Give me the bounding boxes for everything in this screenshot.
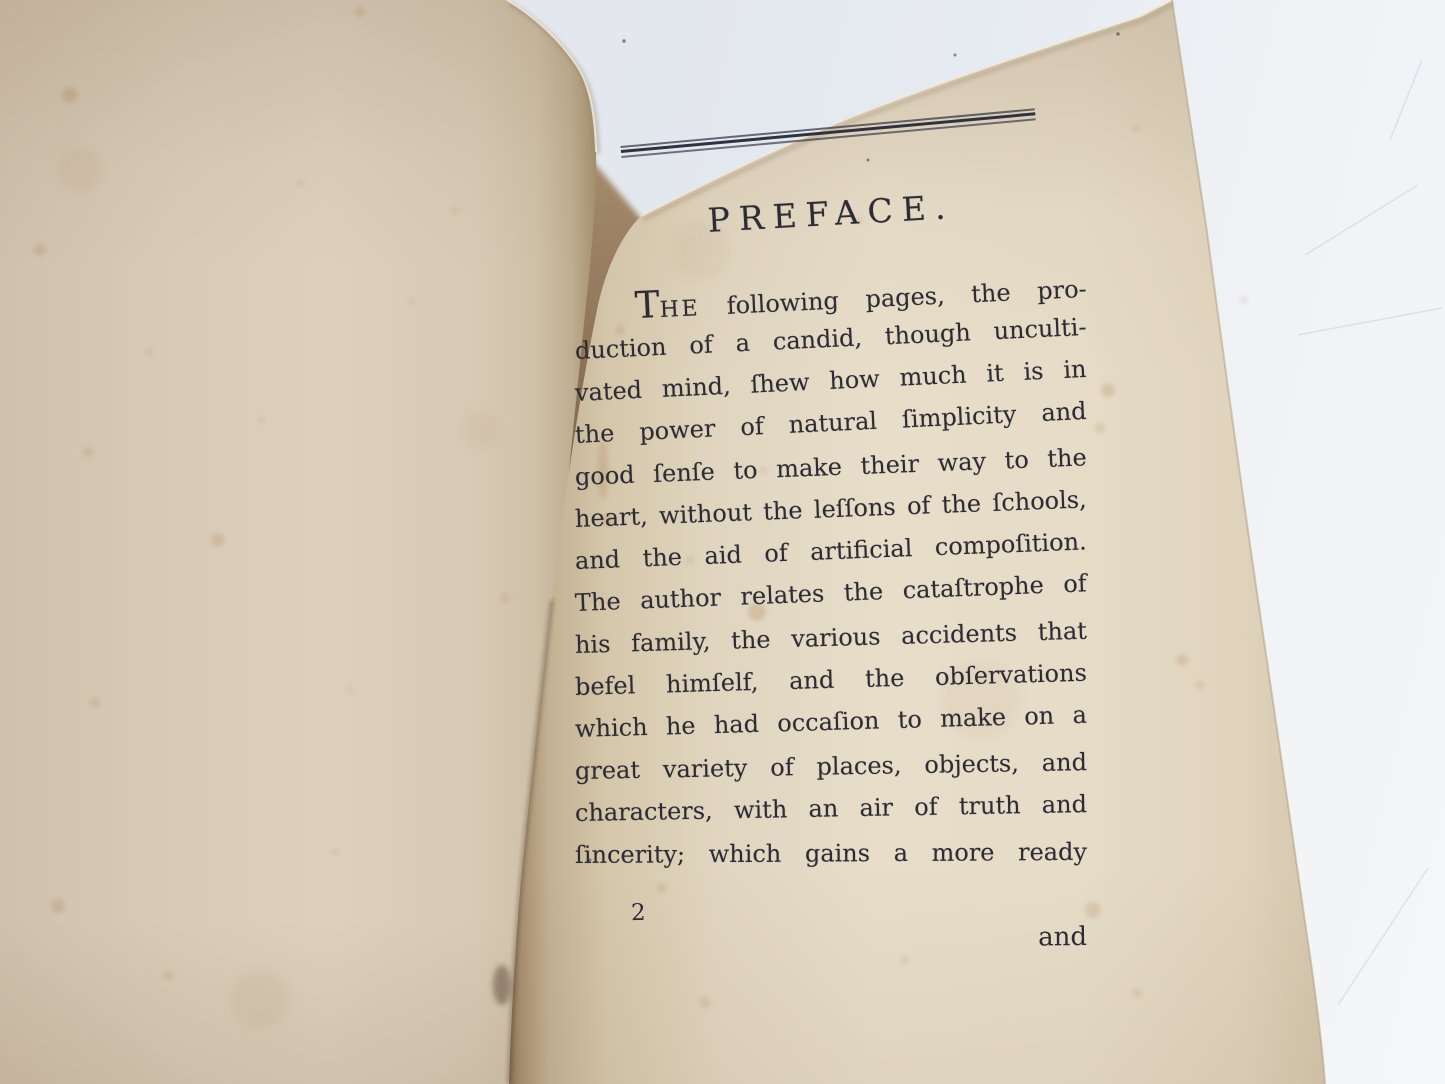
- book-photo: PREFACE. THE following pages, the pro- d…: [0, 0, 1445, 1084]
- surface-scratches: [1298, 60, 1442, 1005]
- page-title: PREFACE.: [574, 180, 1087, 248]
- preface-page-content: PREFACE. THE following pages, the pro- d…: [575, 0, 1087, 1084]
- small-caps: HE: [659, 296, 700, 323]
- preface-text: THE following pages, the pro- duction of…: [575, 288, 1087, 876]
- rule-line-thin-bottom: [621, 118, 1035, 157]
- double-rule: [620, 108, 1035, 157]
- gutter-stain: [493, 965, 511, 1005]
- signature-mark: 2: [631, 900, 646, 926]
- drop-capital: T: [634, 283, 661, 327]
- catchword: and: [575, 922, 1087, 957]
- text-line: characters, with an air of truth and: [575, 783, 1088, 834]
- text-line: ſincerity; which gains a more ready: [575, 831, 1087, 876]
